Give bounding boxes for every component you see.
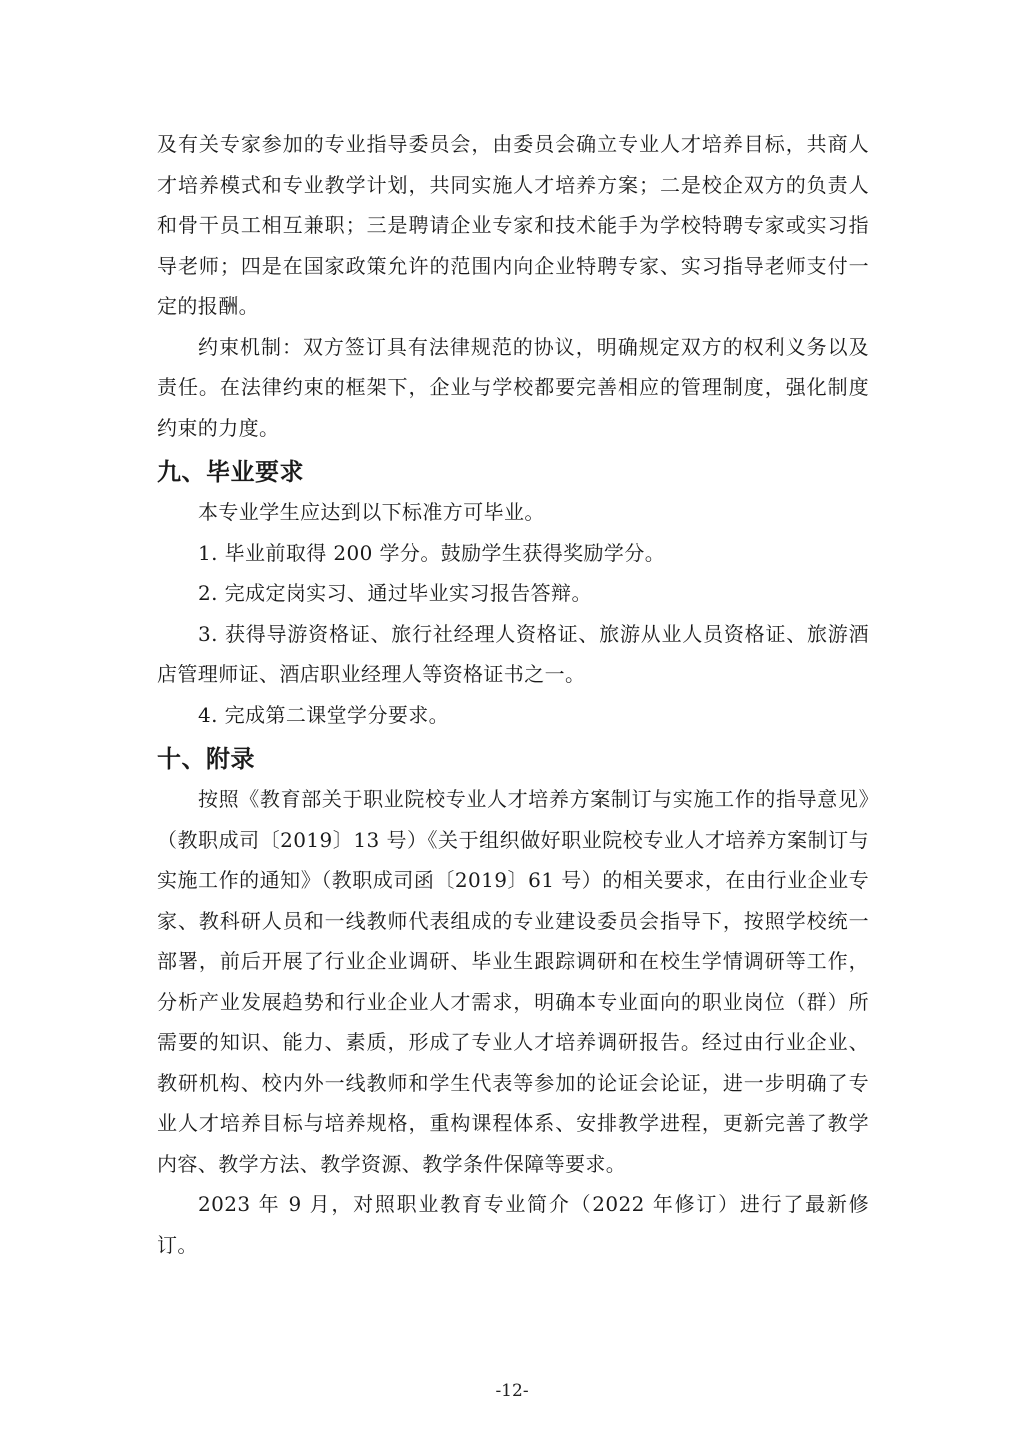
appendix-paragraph: 按照《教育部关于职业院校专业人才培养方案制订与实施工作的指导意见》（教职成司〔2… xyxy=(157,779,869,1184)
requirement-item-2: 2. 完成定岗实习、通过毕业实习报告答辩。 xyxy=(157,573,869,614)
requirement-item-4: 4. 完成第二课堂学分要求。 xyxy=(157,695,869,736)
page-number: -12- xyxy=(0,1381,1024,1401)
document-page: 及有关专家参加的专业指导委员会，由委员会确立专业人才培养目标，共商人才培养模式和… xyxy=(157,124,869,1265)
section-heading-graduation-requirements: 九、毕业要求 xyxy=(157,452,869,492)
intro-paragraph: 及有关专家参加的专业指导委员会，由委员会确立专业人才培养目标，共商人才培养模式和… xyxy=(157,124,869,327)
section-heading-appendix: 十、附录 xyxy=(157,739,869,779)
requirement-item-1: 1. 毕业前取得 200 学分。鼓励学生获得奖励学分。 xyxy=(157,533,869,574)
revision-note: 2023 年 9 月，对照职业教育专业简介（2022 年修订）进行了最新修订。 xyxy=(157,1184,869,1265)
constraint-mechanism-paragraph: 约束机制：双方签订具有法律规范的协议，明确规定双方的权利义务以及责任。在法律约束… xyxy=(157,327,869,449)
requirement-item-3: 3. 获得导游资格证、旅行社经理人资格证、旅游从业人员资格证、旅游酒店管理师证、… xyxy=(157,614,869,695)
graduation-intro: 本专业学生应达到以下标准方可毕业。 xyxy=(157,492,869,533)
